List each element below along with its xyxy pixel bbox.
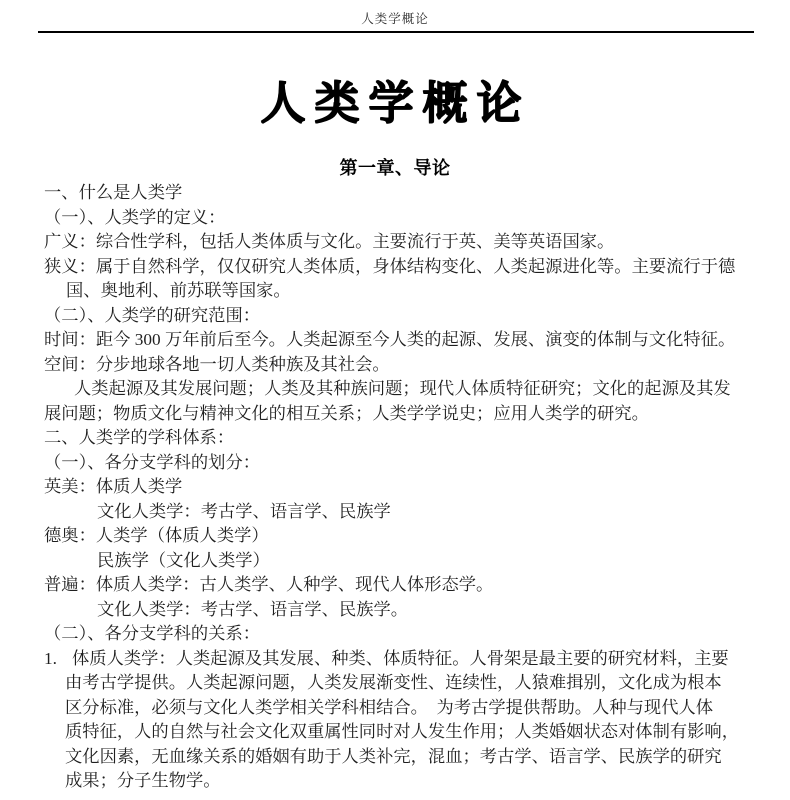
- text-line: 狭义：属于自然科学，仅仅研究人类体质，身体结构变化、人类起源进化等。主要流行于德: [44, 255, 770, 280]
- document-title: 人类学概论: [0, 66, 790, 131]
- header-rule: [38, 31, 754, 33]
- text-line: 1.体质人类学：人类起源及其发展、种类、体质特征。人骨架是最主要的研究材料，主要: [44, 647, 770, 672]
- text-line: 德奥：人类学（体质人类学）: [44, 524, 770, 549]
- text-line: 由考古学提供。人类起源问题，人类发展渐变性、连续性，人猿难揖别，文化成为根本: [44, 671, 770, 696]
- text-line: 人类起源及其发展问题；人类及其种族问题；现代人体质特征研究；文化的起源及其发: [44, 377, 770, 402]
- text-line: （二）、人类学的研究范围：: [44, 304, 770, 329]
- text-line: 时间：距今 300 万年前后至今。人类起源至今人类的起源、发展、演变的体制与文化…: [44, 328, 770, 353]
- text-line: 英美：体质人类学: [44, 475, 770, 500]
- document-page: 人类学概论 人类学概论 第一章、导论 一、什么是人类学（一）、人类学的定义：广义…: [0, 0, 790, 800]
- text-line: 国、奥地利、前苏联等国家。: [44, 279, 770, 304]
- text-line: 成果；分子生物学。: [44, 769, 770, 794]
- list-number: 1.: [44, 647, 72, 672]
- document-body: 一、什么是人类学（一）、人类学的定义：广义：综合性学科，包括人类体质与文化。主要…: [44, 181, 770, 794]
- text-line: 空间：分步地球各地一切人类种族及其社会。: [44, 353, 770, 378]
- text-line: 二、人类学的学科体系：: [44, 426, 770, 451]
- text-line: 质特征，人的自然与社会文化双重属性同时对人发生作用；人类婚姻状态对体制有影响，: [44, 720, 770, 745]
- text-line: 文化因素，无血缘关系的婚姻有助于人类补完，混血；考古学、语言学、民族学的研究: [44, 745, 770, 770]
- text-line: 文化人类学：考古学、语言学、民族学。: [44, 598, 770, 623]
- chapter-heading: 第一章、导论: [0, 154, 790, 180]
- text-line: 区分标准，必须与文化人类学相关学科相结合。 为考古学提供帮助。人种与现代人体: [44, 696, 770, 721]
- text-line: 一、什么是人类学: [44, 181, 770, 206]
- text-line: （二）、各分支学科的关系：: [44, 622, 770, 647]
- text-line: 普遍：体质人类学：古人类学、人种学、现代人体形态学。: [44, 573, 770, 598]
- text-line: 展问题；物质文化与精神文化的相互关系；人类学学说史；应用人类学的研究。: [44, 402, 770, 427]
- text-line: 广义：综合性学科，包括人类体质与文化。主要流行于英、美等英语国家。: [44, 230, 770, 255]
- text-line: 文化人类学：考古学、语言学、民族学: [44, 500, 770, 525]
- text-line: 民族学（文化人类学）: [44, 549, 770, 574]
- running-header: 人类学概论: [0, 9, 790, 27]
- text-line: （一）、各分支学科的划分：: [44, 451, 770, 476]
- text-line: （一）、人类学的定义：: [44, 206, 770, 231]
- text-line-content: 体质人类学：人类起源及其发展、种类、体质特征。人骨架是最主要的研究材料，主要: [72, 649, 729, 668]
